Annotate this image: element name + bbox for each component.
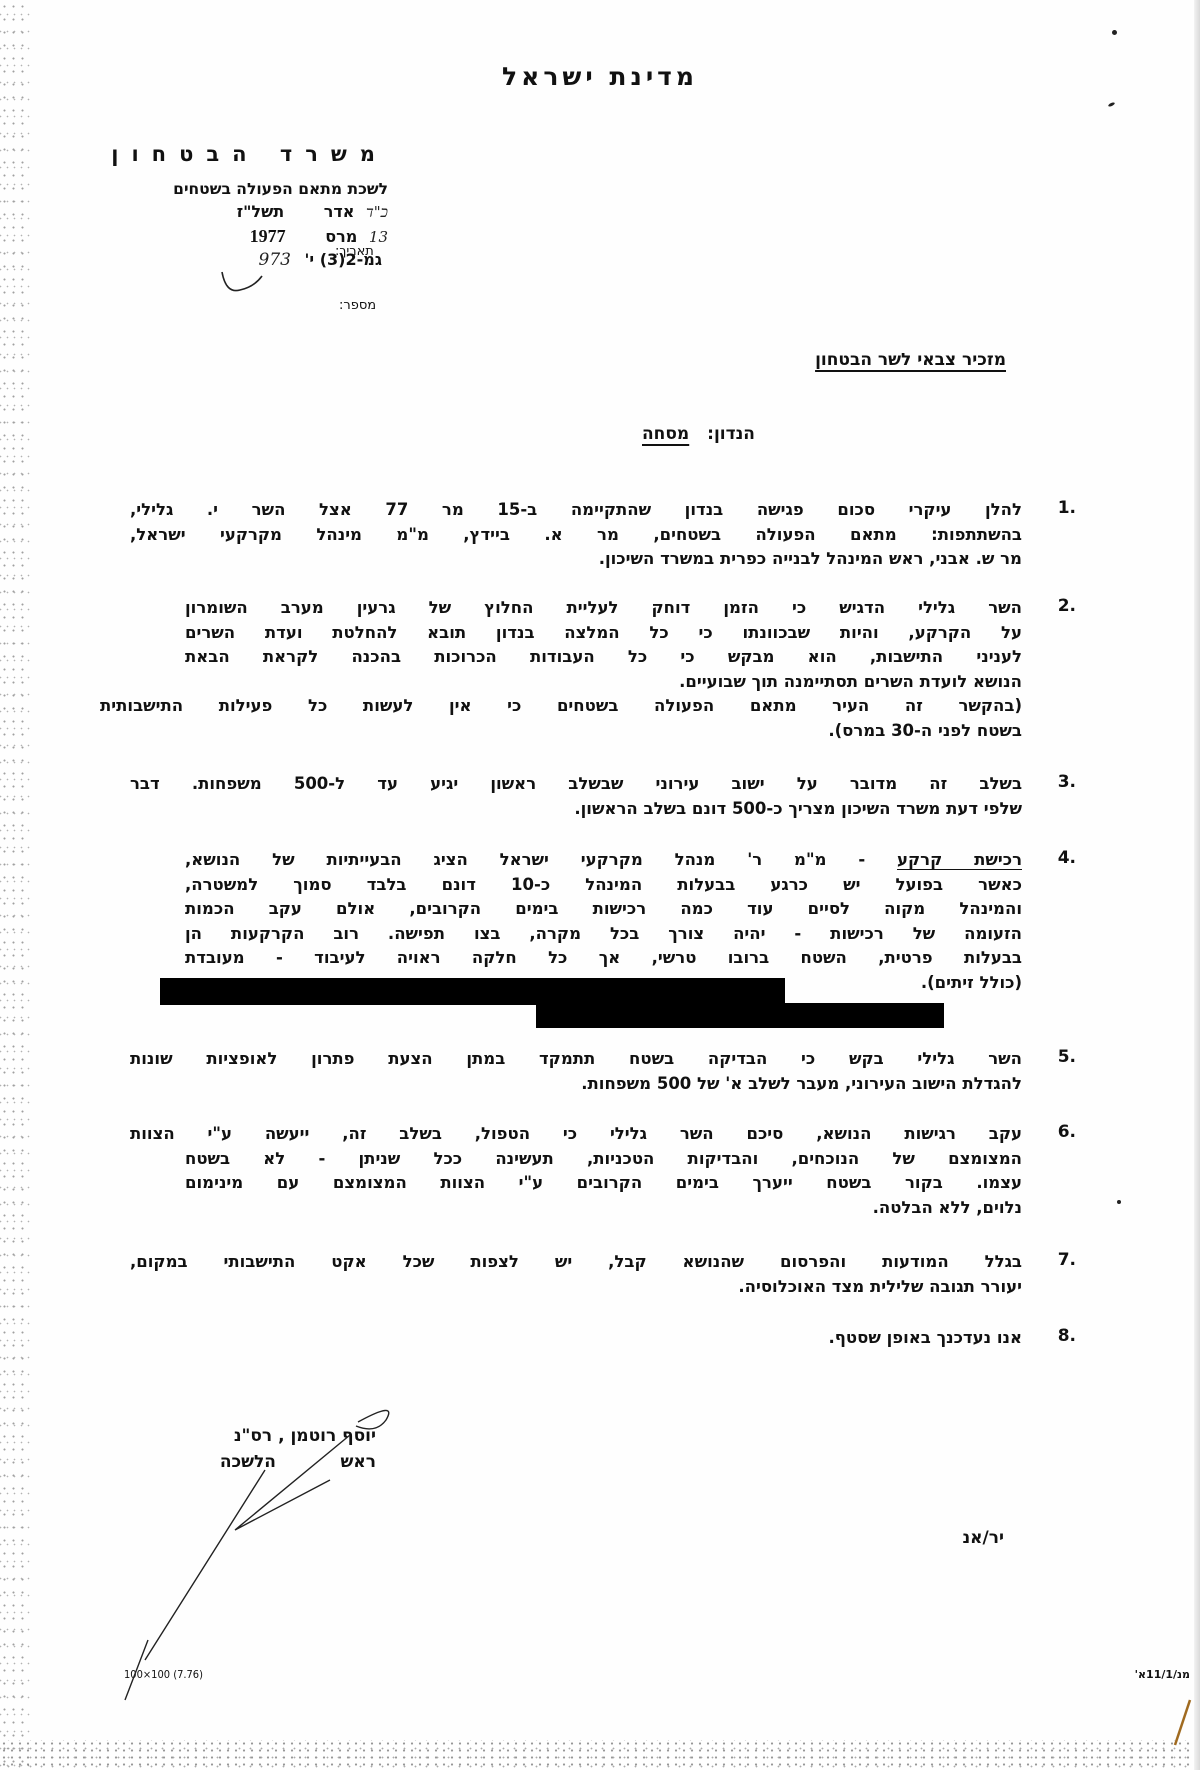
- handwritten-marks: [0, 0, 1200, 1770]
- edge-mark-icon: [1175, 1700, 1190, 1745]
- signature-scribble-icon: [125, 1410, 389, 1700]
- checkmark-icon: [222, 272, 262, 291]
- scanned-document-page: מדינת ישראל משרד הבטחון לשכת מתאם הפעולה…: [0, 0, 1200, 1770]
